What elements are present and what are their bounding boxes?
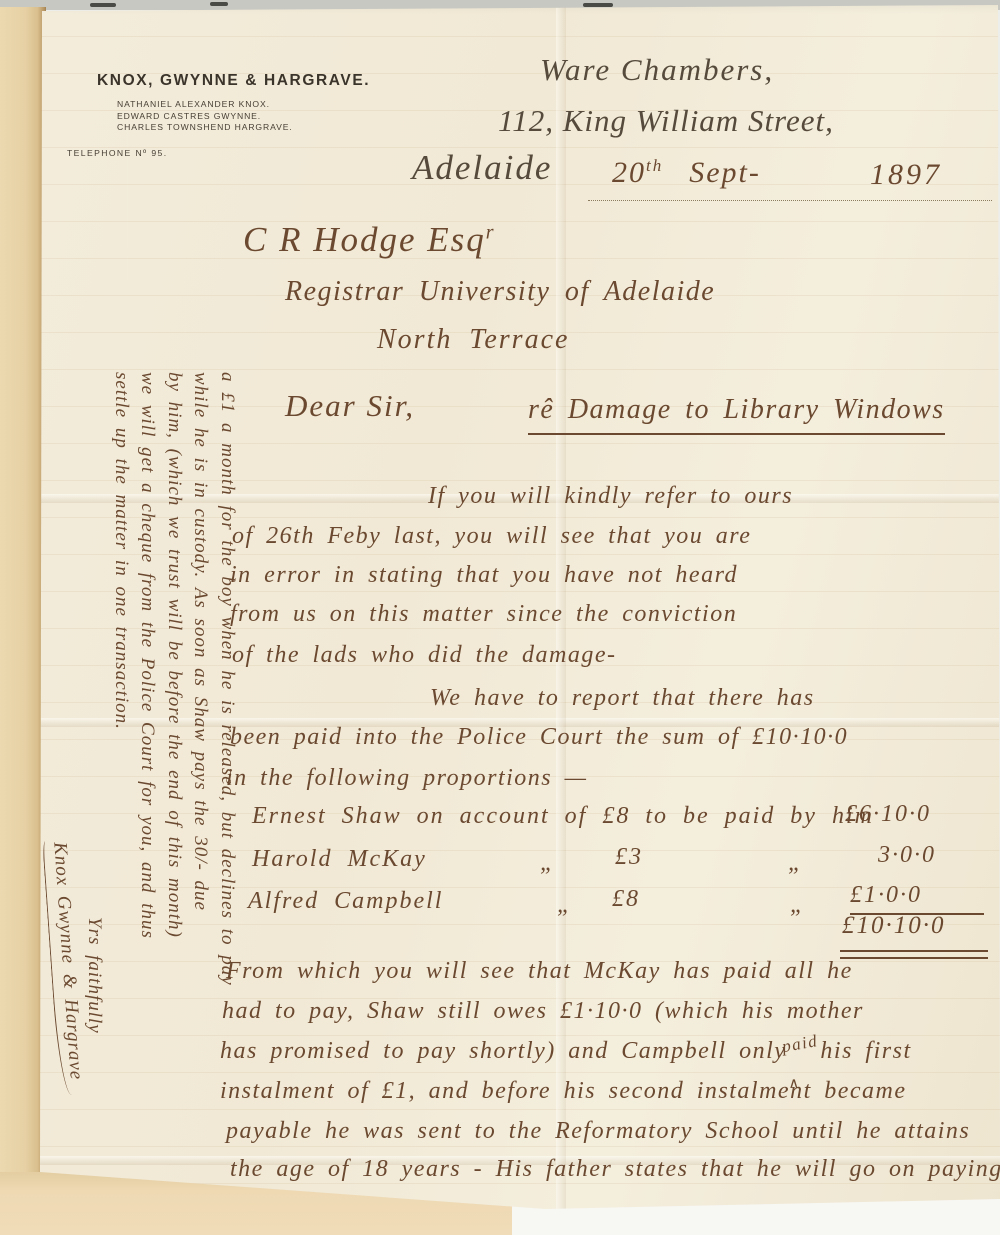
partner-name: Charles Townshend Hargrave.	[117, 122, 293, 134]
ditto-mark: „	[557, 892, 572, 919]
payment-amount: £6·10·0	[845, 801, 931, 828]
payment-amount: £1·0·0	[850, 882, 984, 915]
body-line: of the lads who did the damage-	[232, 642, 616, 669]
margin-line: settle up the matter in one transaction.	[108, 372, 135, 1184]
payment-detail: on account of £8 to be paid by him	[417, 803, 874, 829]
scanner-edge-mark	[90, 3, 116, 7]
body-line: had to pay, Shaw still owes £1·10·0 (whi…	[222, 998, 864, 1025]
address-city: Adelaide	[412, 148, 552, 188]
body-line: We have to report that there has	[430, 685, 815, 712]
date-month: Sept-	[689, 156, 761, 189]
margin-line: we will get a cheque from the Police Cou…	[134, 372, 161, 1184]
body-line-text: has promised to pay shortly) and Campbel…	[220, 1038, 786, 1064]
payment-row: Ernest Shaw on account of £8 to be paid …	[252, 803, 874, 830]
body-line: from us on this matter since the convict…	[230, 601, 737, 628]
firm-name: Knox, Gwynne & Hargrave.	[97, 72, 370, 90]
total-double-rule	[840, 950, 988, 959]
body-line-text: his first	[820, 1038, 911, 1064]
scanner-edge-mark	[210, 2, 228, 6]
address-building: Ware Chambers,	[540, 52, 774, 88]
signature: Knox Gwynne & Hargrave	[52, 840, 82, 1184]
body-line: has promised to pay shortly) and Campbel…	[220, 1038, 912, 1065]
margin-note-rotated: a £1 a month for the boy when he is rele…	[54, 372, 240, 1184]
date-ordinal: th	[646, 156, 663, 175]
ditto-mark: „	[790, 892, 805, 919]
handwritten-year: 1897	[870, 158, 942, 192]
margin-line: by him, (which we trust will be before t…	[161, 372, 188, 1184]
ditto-mark: „	[788, 850, 803, 877]
partner-name: Nathaniel Alexander Knox.	[117, 99, 293, 111]
date-dotted-rule	[588, 200, 992, 201]
salutation: Dear Sir,	[285, 388, 415, 424]
recipient-title: Registrar University of Adelaide	[285, 276, 715, 308]
recipient-name: C R Hodge Esqr	[243, 220, 496, 260]
margin-line: a £1 a month for the boy when he is rele…	[214, 372, 241, 1184]
payer-name: Harold McKay	[252, 846, 427, 873]
recipient-name-suffix: r	[486, 221, 496, 243]
body-line: payable he was sent to the Reformatory S…	[226, 1118, 970, 1145]
payment-account: £3	[615, 844, 643, 871]
ditto-mark: „	[540, 850, 555, 877]
letter-sheet: Knox, Gwynne & Hargrave. Nathaniel Alexa…	[40, 0, 1000, 1235]
subject-line: rê Damage to Library Windows	[528, 394, 945, 435]
body-line: been paid into the Police Court the sum …	[230, 724, 848, 751]
payer-name: Ernest Shaw	[252, 803, 402, 829]
body-line: instalment of £1, and before his second …	[220, 1078, 907, 1105]
body-line: in error in stating that you have not he…	[230, 562, 738, 589]
payments-total: £10·10·0	[842, 912, 946, 940]
address-street: 112, King William Street,	[498, 103, 834, 139]
handwritten-date: 20thSept-	[612, 156, 761, 190]
underlying-page-left-edge	[0, 7, 46, 1235]
body-line: of 26th Feby last, you will see that you…	[232, 523, 751, 550]
inserted-word: paid	[781, 1031, 820, 1057]
scanner-edge-mark	[583, 3, 613, 7]
payer-name: Alfred Campbell	[248, 888, 443, 915]
payment-amount: 3·0·0	[878, 842, 936, 869]
date-day: 20	[612, 156, 646, 189]
body-line: If you will kindly refer to ours	[428, 483, 793, 510]
margin-line: while he is in custody. As soon as Shaw …	[187, 372, 214, 1184]
partner-list: Nathaniel Alexander Knox. Edward Castres…	[117, 99, 293, 134]
body-line: From which you will see that McKay has p…	[226, 958, 853, 985]
telephone-number: Telephone Nº 95.	[67, 148, 168, 158]
recipient-location: North Terrace	[377, 324, 569, 356]
payment-account: £8	[612, 886, 640, 913]
body-line: in the following proportions —	[226, 765, 587, 792]
recipient-name-text: C R Hodge Esq	[243, 220, 486, 259]
partner-name: Edward Castres Gwynne.	[117, 111, 293, 123]
body-line: the age of 18 years - His father states …	[230, 1156, 1000, 1183]
